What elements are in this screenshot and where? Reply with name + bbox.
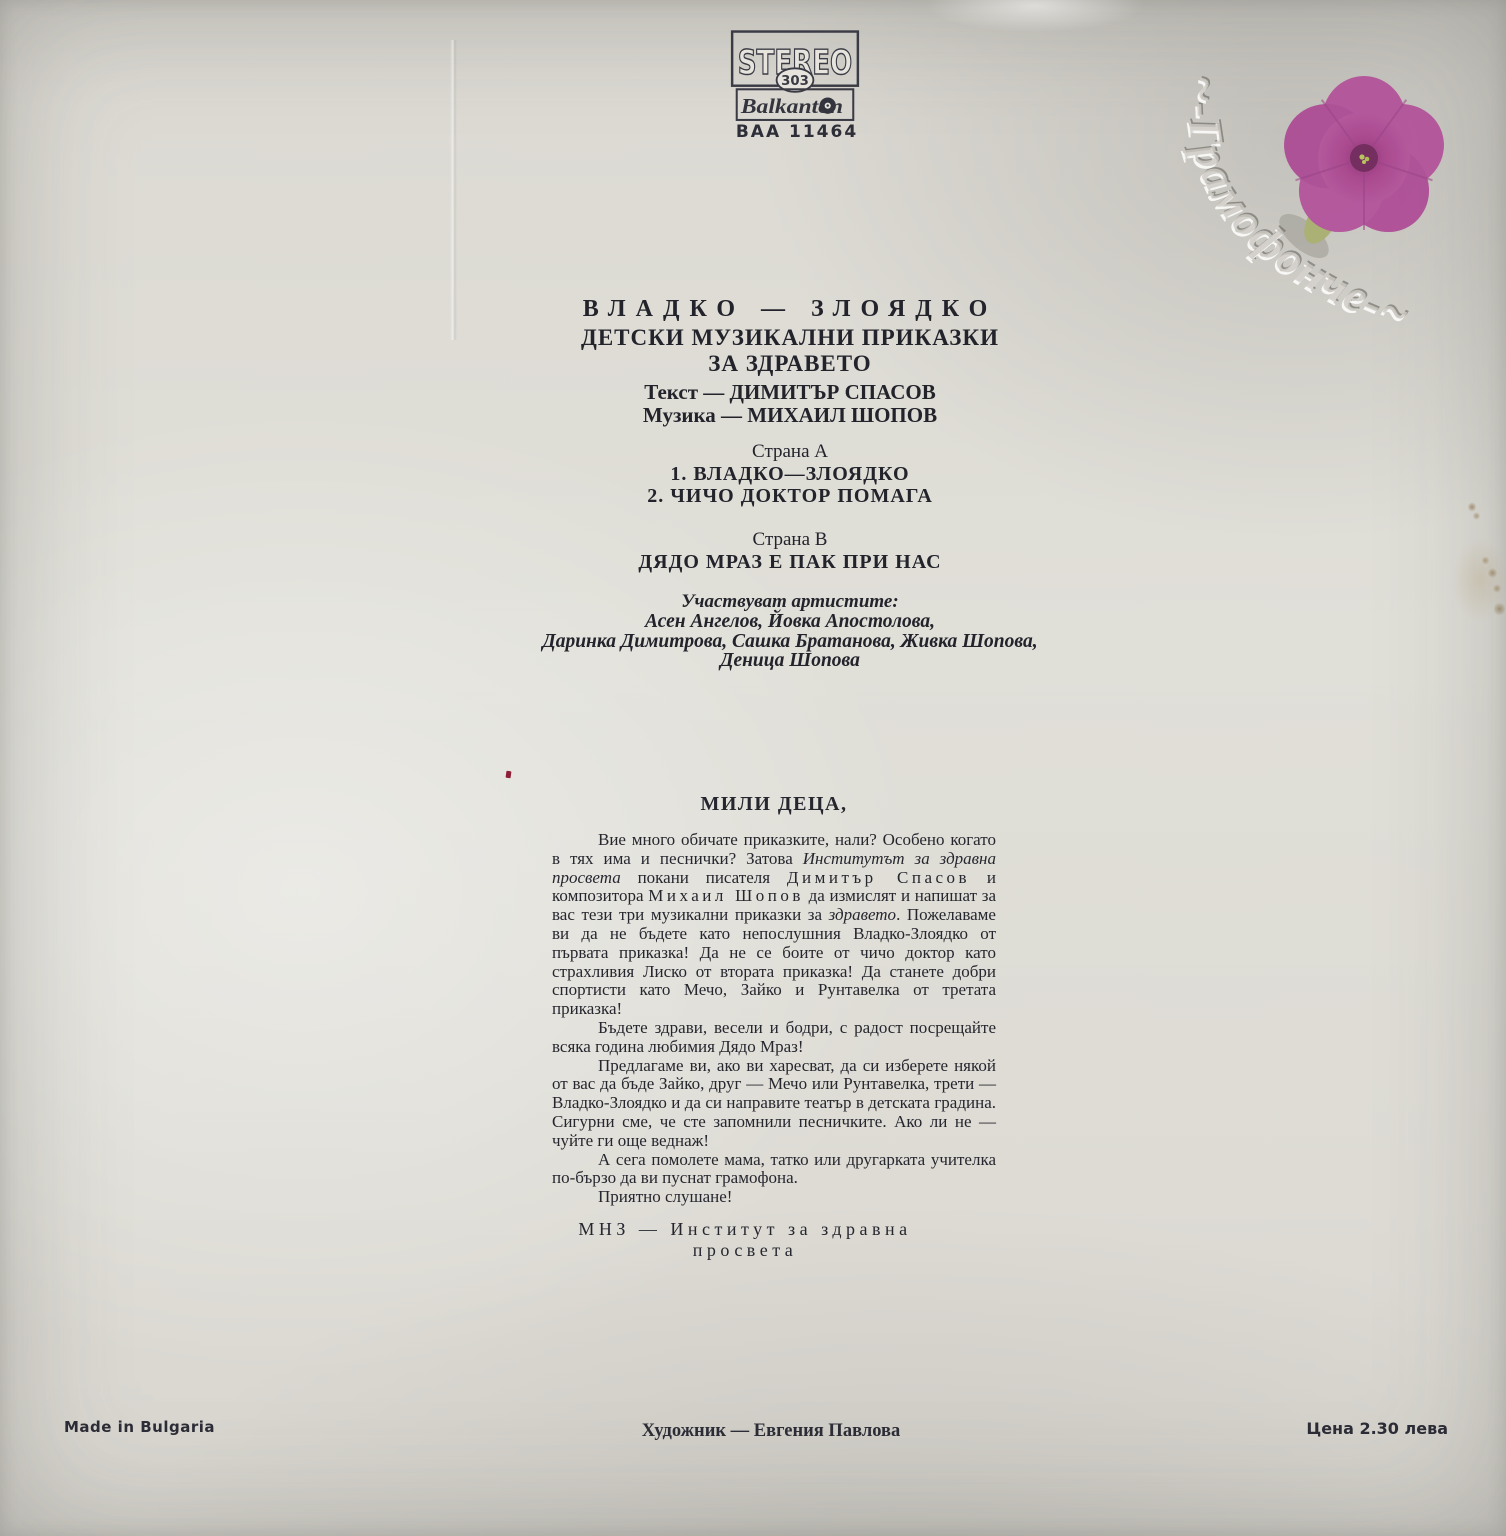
artist-line: Деница Шопова bbox=[450, 651, 1130, 671]
made-in-label: Made in Bulgaria bbox=[64, 1418, 215, 1436]
track-item: ДЯДО МРАЗ Е ПАК ПРИ НАС bbox=[450, 551, 1130, 573]
artist-line: Асен Ангелов, Йовка Апостолова, bbox=[450, 612, 1130, 632]
letter-paragraph: Приятно слушане! bbox=[552, 1188, 996, 1207]
text-credit: Текст — ДИМИТЪР СПАСОВ bbox=[450, 381, 1130, 404]
artists-intro: Участвуват артистите: bbox=[450, 591, 1130, 612]
side-b-label: Страна В bbox=[450, 529, 1130, 551]
red-speck bbox=[506, 771, 512, 779]
record-back-cover: STEREO 303 Balkanton ВАА 11464 ~-Грамофо… bbox=[0, 0, 1506, 1536]
record-disc-icon-hole bbox=[826, 104, 828, 106]
album-title: ВЛАДКО — ЗЛОЯДКО bbox=[450, 295, 1130, 323]
paper-scuff bbox=[905, 0, 1165, 55]
stain bbox=[1440, 520, 1506, 640]
side-a-section: Страна А 1. ВЛАДКО—ЗЛОЯДКО 2. ЧИЧО ДОКТО… bbox=[450, 441, 1130, 507]
balkanton-stereo-logo: STEREO 303 Balkanton bbox=[729, 30, 861, 122]
title-block: ВЛАДКО — ЗЛОЯДКО ДЕТСКИ МУЗИКАЛНИ ПРИКАЗ… bbox=[450, 295, 1130, 427]
flower-image bbox=[1272, 76, 1455, 266]
stain bbox=[1493, 584, 1501, 593]
stain bbox=[1488, 568, 1497, 578]
stereo-303-number: 303 bbox=[781, 74, 809, 89]
stain bbox=[1473, 512, 1480, 520]
letter-paragraph: Вие много обичате приказките, нали? Особ… bbox=[552, 831, 996, 1019]
album-subtitle: ДЕТСКИ МУЗИКАЛНИ ПРИКАЗКИ bbox=[450, 325, 1130, 351]
price-label: Цена 2.30 лева bbox=[1302, 1419, 1448, 1438]
watermark-and-flower: ~-Грамофонче-~ ~-Грамофонче-~ ~-Грамофон… bbox=[1120, 35, 1480, 365]
artist-line: Даринка Димитрова, Сашка Братанова, Живк… bbox=[450, 632, 1130, 652]
paper-crease bbox=[450, 40, 457, 340]
side-a-label: Страна А bbox=[450, 441, 1130, 463]
letter-body: Вие много обичате приказките, нали? Особ… bbox=[552, 831, 996, 1207]
stain bbox=[1468, 502, 1476, 512]
letter-salutation: МИЛИ ДЕЦА, bbox=[552, 793, 996, 816]
stain bbox=[1482, 556, 1489, 565]
track-item: 1. ВЛАДКО—ЗЛОЯДКО bbox=[450, 463, 1130, 485]
letter-signature: МНЗ — Институт за здравна просвета bbox=[535, 1219, 955, 1261]
letter-paragraph: Бъдете здрави, весели и бодри, с радост … bbox=[552, 1019, 996, 1057]
letter-paragraph: А сега помолете мама, татко или другарка… bbox=[552, 1151, 996, 1189]
letter-paragraph: Предлагаме ви, ако ви харесват, да си из… bbox=[552, 1057, 996, 1151]
artists-section: Участвуват артистите: Асен Ангелов, Йовк… bbox=[450, 591, 1130, 671]
catalog-number: ВАА 11464 bbox=[697, 122, 897, 142]
music-credit: Музика — МИХАИЛ ШОПОВ bbox=[450, 404, 1130, 427]
track-item: 2. ЧИЧО ДОКТОР ПОМАГА bbox=[450, 485, 1130, 507]
artist-credit: Художник — Евгения Павлова bbox=[571, 1421, 971, 1442]
album-subtitle-2: ЗА ЗДРАВЕТО bbox=[450, 351, 1130, 376]
stain bbox=[1494, 602, 1505, 616]
side-b-section: Страна В ДЯДО МРАЗ Е ПАК ПРИ НАС bbox=[450, 529, 1130, 573]
